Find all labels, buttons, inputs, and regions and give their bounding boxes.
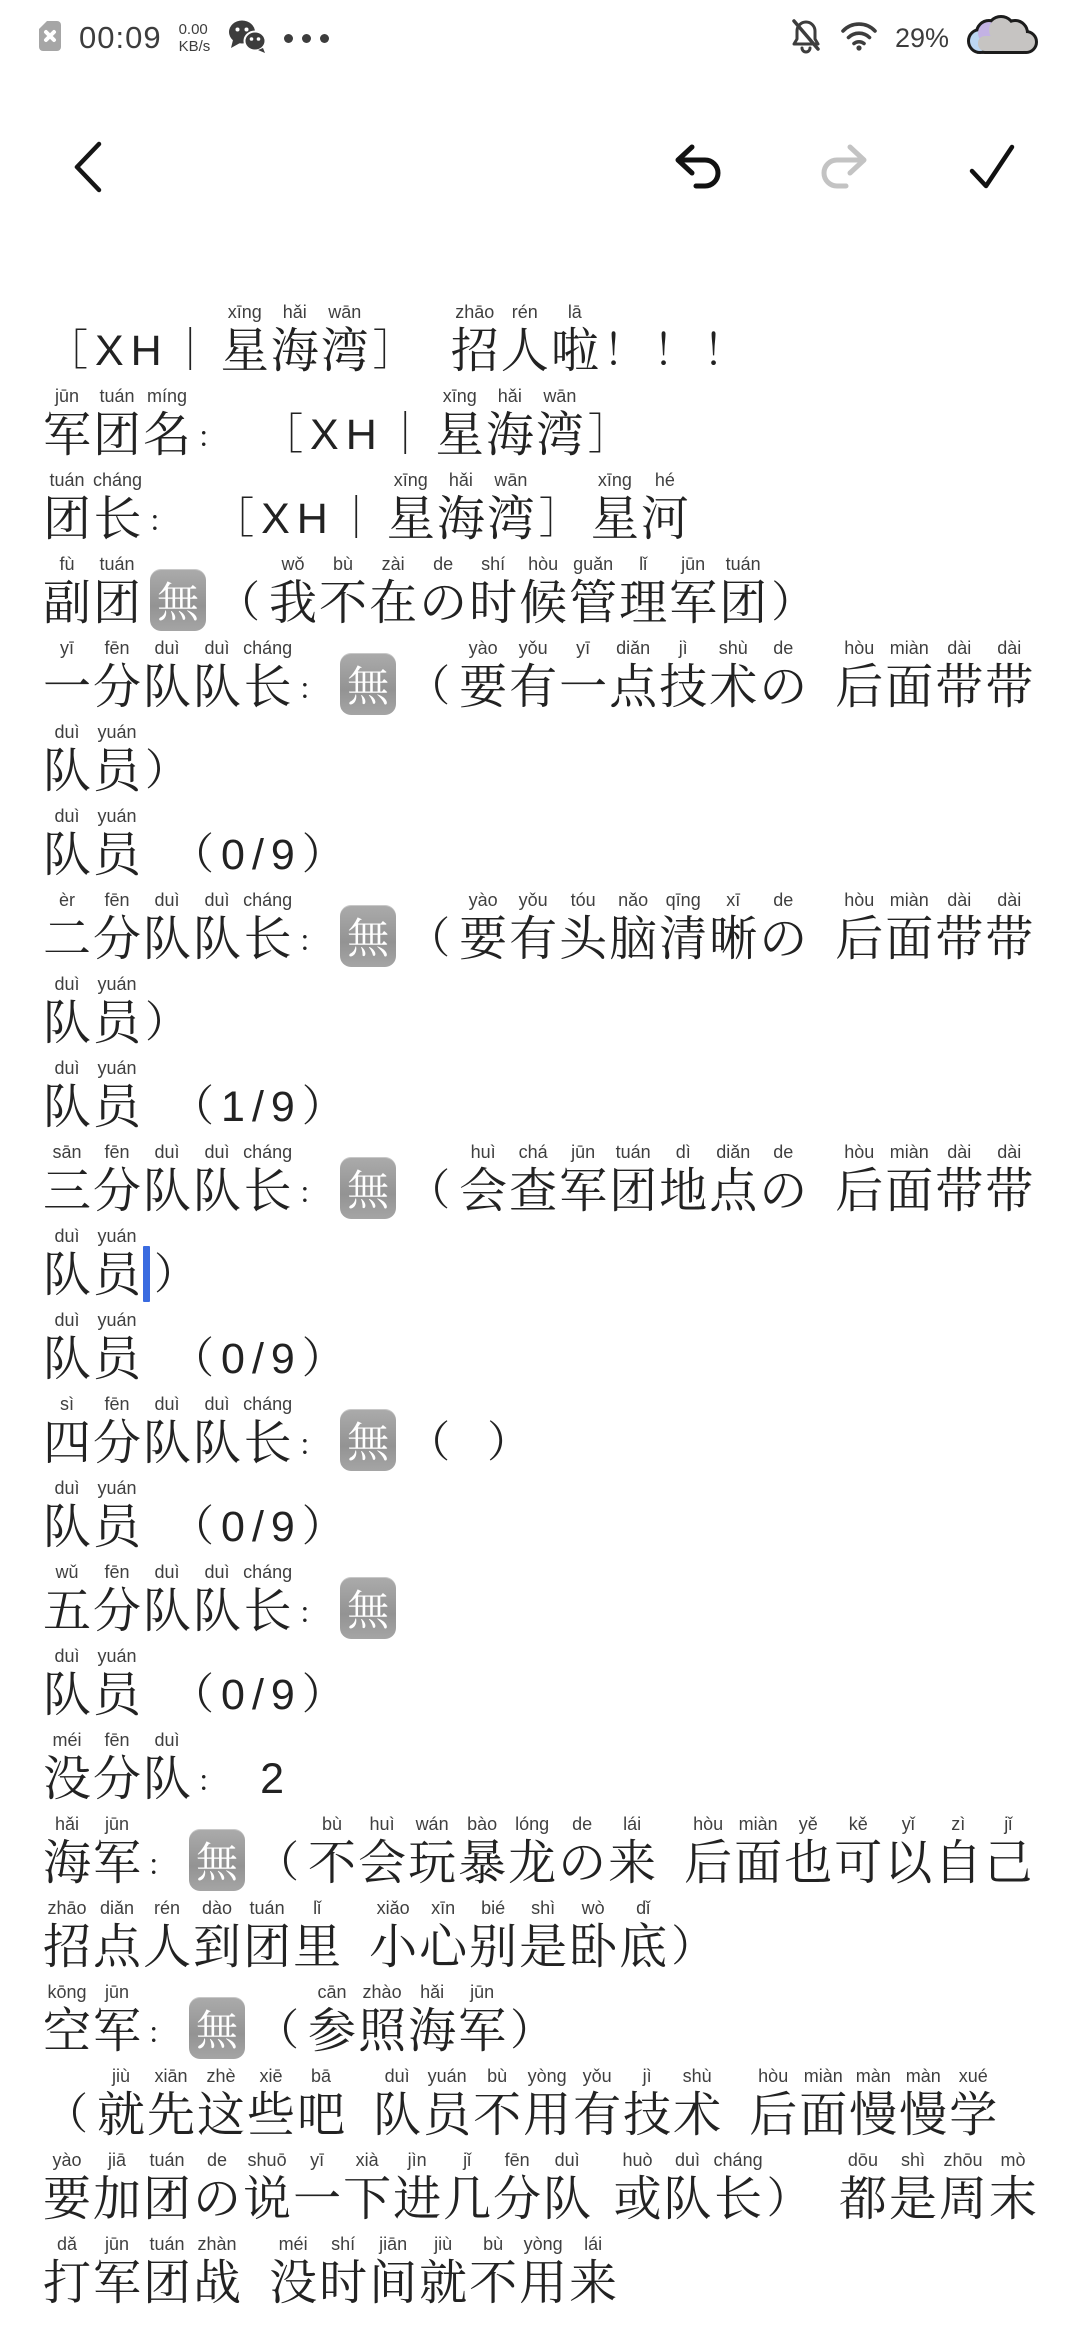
- battery-cloud-icon: [966, 14, 1042, 63]
- hanzi-char: 分: [93, 1163, 141, 1220]
- note-editor[interactable]: ［XH｜xīng星hǎi海wān湾］zhāo招rén人lā啦！！！jūn军tuá…: [0, 222, 1080, 2312]
- ruby-token: duì队: [664, 2150, 712, 2228]
- pinyin-label: xià: [356, 2150, 379, 2171]
- ruby-token: wǒ我: [269, 554, 317, 632]
- pinyin-label: wò: [582, 1898, 605, 1919]
- hanzi-char: 队: [143, 1163, 191, 1220]
- ruby-token: jūn军: [93, 1982, 141, 2060]
- text-token: ［XH｜: [209, 491, 385, 548]
- hanzi-char: 员: [93, 1079, 141, 1136]
- ruby-token: duì队: [193, 1142, 241, 1220]
- text-run: ［XH｜: [258, 407, 434, 464]
- ruby-token: xīng星: [387, 470, 435, 548]
- pinyin-label: guǎn: [573, 554, 613, 575]
- hanzi-char: 自: [934, 1835, 982, 1892]
- pinyin-label: jūn: [55, 386, 79, 407]
- pinyin-label: fēn: [105, 1142, 130, 1163]
- hanzi-char: 队: [143, 1415, 191, 1472]
- wifi-icon: [840, 21, 878, 56]
- hanzi-char: 星: [436, 407, 484, 464]
- pinyin-label: duì: [555, 2150, 580, 2171]
- wu-emoji-badge: 無: [340, 1577, 396, 1639]
- hanzi-char: 时: [469, 575, 517, 632]
- more-notifications-icon: [284, 34, 329, 43]
- pinyin-label: tóu: [571, 890, 596, 911]
- hanzi-char: 名: [143, 407, 191, 464]
- ruby-token: dài带: [935, 890, 983, 968]
- hanzi-char: 些: [247, 2087, 295, 2144]
- pinyin-label: diǎn: [616, 638, 650, 659]
- hanzi-char: 带: [985, 659, 1033, 716]
- pinyin-label: sān: [52, 1142, 81, 1163]
- pinyin-label: duì: [155, 638, 180, 659]
- hanzi-char: 打: [43, 2255, 91, 2312]
- pinyin-label: jūn: [105, 1814, 129, 1835]
- note-line: duì队yuán员（0/9）: [42, 1640, 1038, 1724]
- colon-mark: ：: [293, 676, 332, 716]
- pinyin-label: bù: [333, 554, 353, 575]
- text-token: ）: [765, 2171, 817, 2228]
- ruby-token: fēn分: [93, 1562, 141, 1640]
- pinyin-label: xiǎo: [377, 1898, 410, 1919]
- pinyin-label: cháng: [243, 1394, 292, 1415]
- hanzi-char: 军: [93, 2255, 141, 2312]
- ruby-token: jiù就: [419, 2234, 467, 2312]
- ruby-token: dì地: [659, 1142, 707, 1220]
- pinyin-label: cháng: [714, 2150, 763, 2171]
- ruby-token: yǒu有: [573, 2066, 621, 2144]
- hanzi-char: の: [419, 575, 467, 632]
- hanzi-char: 啦: [551, 323, 599, 380]
- note-line: sān三fēn分duì队duì队cháng长：無（huì会chá查jūn军tuá…: [42, 1136, 1038, 1220]
- hanzi-char: 员: [93, 743, 141, 800]
- note-line: èr二fēn分duì队duì队cháng长：無（yào要yǒu有tóu头nǎo脑…: [42, 884, 1038, 968]
- hanzi-char: 五: [43, 1583, 91, 1640]
- hanzi-char: 进: [393, 2171, 441, 2228]
- ruby-token: guǎn管: [569, 554, 617, 632]
- ruby-token: yǒu有: [509, 890, 557, 968]
- pinyin-label: zhāo: [47, 1898, 86, 1919]
- pinyin-label: bié: [481, 1898, 505, 1919]
- hanzi-char: 带: [985, 911, 1033, 968]
- hanzi-char: 长: [244, 659, 292, 716]
- hanzi-char: 后: [684, 1835, 732, 1892]
- hanzi-char: 员: [93, 1667, 141, 1724]
- hanzi-char: 后: [749, 2087, 797, 2144]
- ruby-token: èr二: [43, 890, 91, 968]
- hanzi-char: 星: [221, 323, 269, 380]
- hanzi-char: の: [759, 911, 807, 968]
- hanzi-char: 队: [43, 1499, 91, 1556]
- ruby-token: zhāo招: [43, 1898, 91, 1976]
- hanzi-char: 长: [244, 1415, 292, 1472]
- ruby-token: hǎi海: [486, 386, 534, 464]
- text-token: （: [254, 2003, 306, 2060]
- hanzi-char: 几: [443, 2171, 491, 2228]
- text-token: ）: [143, 995, 195, 1052]
- text-run: ［XH｜: [209, 491, 385, 548]
- ruby-token: duì队: [143, 1730, 191, 1808]
- pinyin-label: zài: [382, 554, 405, 575]
- ruby-token: jìn进: [393, 2150, 441, 2228]
- pinyin-label: chá: [519, 1142, 548, 1163]
- save-confirm-button[interactable]: [962, 139, 1022, 195]
- pinyin-label: cháng: [243, 1142, 292, 1163]
- text-run: ）: [143, 743, 195, 800]
- pinyin-label: jì: [679, 638, 688, 659]
- ruby-token: lǐ里: [293, 1898, 341, 1976]
- ruby-token: zhè这: [197, 2066, 245, 2144]
- hanzi-char: 吧: [297, 2087, 345, 2144]
- hanzi-char: 加: [93, 2171, 141, 2228]
- note-line: duì队yuán员（0/9）: [42, 1304, 1038, 1388]
- hanzi-char: 三: [43, 1163, 91, 1220]
- ruby-token: màn慢: [899, 2066, 947, 2144]
- pinyin-label: yī: [576, 638, 590, 659]
- ruby-token: bā吧: [297, 2066, 345, 2144]
- pinyin-label: jiān: [379, 2234, 407, 2255]
- ruby-token: zì自: [934, 1814, 982, 1892]
- hanzi-char: 不: [319, 575, 367, 632]
- pinyin-label: tuán: [49, 470, 84, 491]
- pinyin-label: tuán: [726, 554, 761, 575]
- pinyin-label: miàn: [890, 638, 929, 659]
- hanzi-char: 学: [949, 2087, 997, 2144]
- sim-error-icon: [38, 20, 62, 57]
- ruby-token: yuán员: [93, 806, 141, 884]
- ruby-token: yuán员: [93, 1226, 141, 1304]
- ruby-token: jiù就: [97, 2066, 145, 2144]
- ruby-token: yào要: [459, 890, 507, 968]
- text-run: （: [405, 911, 457, 968]
- pinyin-label: dài: [997, 638, 1021, 659]
- pinyin-label: zhè: [207, 2066, 236, 2087]
- text-run: ）: [765, 2171, 817, 2228]
- pinyin-label: dǎ: [57, 2234, 77, 2255]
- text-run: （: [405, 1415, 457, 1472]
- pinyin-label: dài: [947, 890, 971, 911]
- note-line: fù副tuán团無（wǒ我bù不zài在deのshí时hòu候guǎn管lǐ理j…: [42, 548, 1038, 632]
- pinyin-label: de: [773, 638, 793, 659]
- redo-button[interactable]: [816, 139, 872, 195]
- note-line: duì队yuán员（1/9）: [42, 1052, 1038, 1136]
- hanzi-char: 队: [43, 1079, 91, 1136]
- ruby-token: tuán团: [93, 554, 141, 632]
- hanzi-char: 面: [734, 1835, 782, 1892]
- colon-mark: ：: [143, 508, 182, 548]
- ruby-token: dǎ打: [43, 2234, 91, 2312]
- colon-mark: ：: [192, 1768, 231, 1808]
- text-run: ）: [485, 1415, 537, 1472]
- text-token: （: [405, 911, 457, 968]
- ruby-token: duì队: [143, 1394, 191, 1472]
- hanzi-char: 点: [93, 1919, 141, 1976]
- hanzi-char: 不: [469, 2255, 517, 2312]
- ruby-token: duì队: [43, 1310, 91, 1388]
- ruby-token: zhōu周: [939, 2150, 987, 2228]
- pinyin-label: yào: [469, 638, 498, 659]
- hanzi-char: 湾: [536, 407, 584, 464]
- hanzi-char: 军: [669, 575, 717, 632]
- hanzi-char: 带: [935, 911, 983, 968]
- pinyin-label: dài: [947, 1142, 971, 1163]
- ruby-token: duì队: [193, 638, 241, 716]
- text-token: （: [405, 1415, 457, 1472]
- ruby-token: cháng长: [243, 890, 292, 968]
- pinyin-label: cān: [318, 1982, 347, 2003]
- ruby-token: rén人: [501, 302, 549, 380]
- pinyin-label: yuán: [98, 974, 137, 995]
- ruby-token: duì队: [143, 1142, 191, 1220]
- text-token: ）: [485, 1415, 537, 1472]
- ruby-token: kě可: [834, 1814, 882, 1892]
- note-line: duì队yuán员）: [42, 716, 1038, 800]
- ruby-token: sì四: [43, 1394, 91, 1472]
- hanzi-char: 会: [459, 1163, 507, 1220]
- hanzi-char: 玩: [408, 1835, 456, 1892]
- ruby-token: yě也: [784, 1814, 832, 1892]
- pinyin-label: xīng: [598, 470, 632, 491]
- hanzi-char: の: [759, 659, 807, 716]
- note-body: ［XH｜xīng星hǎi海wān湾］zhāo招rén人lā啦！！！jūn军tuá…: [42, 296, 1038, 2312]
- pinyin-label: duì: [205, 1562, 230, 1583]
- ruby-token: yī一: [559, 638, 607, 716]
- wu-emoji-badge: 無: [189, 1829, 245, 1891]
- pinyin-label: de: [773, 1142, 793, 1163]
- ruby-token: yī一: [293, 2150, 341, 2228]
- pinyin-label: cháng: [243, 1562, 292, 1583]
- ruby-token: cháng长: [243, 1394, 292, 1472]
- hanzi-char: 团: [93, 575, 141, 632]
- ruby-token: duì队: [193, 1394, 241, 1472]
- hanzi-char: 这: [197, 2087, 245, 2144]
- text-run: ）: [152, 1247, 204, 1304]
- pinyin-label: tuán: [250, 1898, 285, 1919]
- ruby-token: rén人: [143, 1898, 191, 1976]
- hanzi-char: 军: [43, 407, 91, 464]
- hanzi-char: 可: [834, 1835, 882, 1892]
- pinyin-label: cháng: [243, 890, 292, 911]
- pinyin-label: cháng: [93, 470, 142, 491]
- hanzi-char: 说: [243, 2171, 291, 2228]
- text-token: ）: [669, 1919, 721, 1976]
- ruby-token: méi没: [43, 1730, 91, 1808]
- pinyin-label: dì: [676, 1142, 691, 1163]
- ruby-token: xiān先: [147, 2066, 195, 2144]
- pinyin-label: bào: [467, 1814, 497, 1835]
- ruby-token: duì队: [193, 1562, 241, 1640]
- ruby-token: duì队: [43, 1226, 91, 1304]
- note-line: zhāo招diǎn点rén人dào到tuán团lǐ里xiǎo小xīn心bié别s…: [42, 1892, 1038, 1976]
- hanzi-char: 队: [193, 659, 241, 716]
- hanzi-char: 四: [43, 1415, 91, 1472]
- ruby-token: duì队: [43, 1646, 91, 1724]
- hanzi-char: 副: [43, 575, 91, 632]
- ruby-token: bào暴: [458, 1814, 506, 1892]
- pinyin-label: duì: [205, 1394, 230, 1415]
- pinyin-label: duì: [54, 1058, 79, 1079]
- text-token: （1/9）: [169, 1079, 352, 1136]
- ruby-token: wān湾: [536, 386, 584, 464]
- hanzi-char: 面: [885, 1163, 933, 1220]
- hanzi-char: 分: [93, 659, 141, 716]
- hanzi-char: 长: [244, 1583, 292, 1640]
- ruby-token: tuán团: [143, 2234, 191, 2312]
- hanzi-char: 人: [143, 1919, 191, 1976]
- pinyin-label: xiē: [260, 2066, 283, 2087]
- pinyin-label: xīng: [394, 470, 428, 491]
- hanzi-char: 员: [93, 1331, 141, 1388]
- ruby-token: xiǎo小: [369, 1898, 417, 1976]
- hanzi-char: 星: [387, 491, 435, 548]
- hanzi-char: 没: [43, 1751, 91, 1808]
- pinyin-label: jūn: [571, 1142, 595, 1163]
- hanzi-char: 面: [885, 911, 933, 968]
- ruby-token: deの: [759, 638, 807, 716]
- hanzi-char: 海: [486, 407, 534, 464]
- wu-emoji-badge: 無: [340, 1157, 396, 1219]
- hanzi-char: 湾: [321, 323, 369, 380]
- hanzi-char: 会: [358, 1835, 406, 1892]
- pinyin-label: de: [207, 2150, 227, 2171]
- ruby-token: xiē些: [247, 2066, 295, 2144]
- ruby-token: qīng清: [659, 890, 707, 968]
- undo-button[interactable]: [670, 139, 726, 195]
- pinyin-label: zì: [951, 1814, 965, 1835]
- hanzi-char: 候: [519, 575, 567, 632]
- pinyin-label: dài: [997, 1142, 1021, 1163]
- text-token: （0/9）: [169, 1331, 352, 1388]
- ruby-token: hòu后: [749, 2066, 797, 2144]
- back-button[interactable]: [66, 138, 110, 196]
- pinyin-label: zhàn: [198, 2234, 237, 2255]
- ruby-token: yǐ以: [884, 1814, 932, 1892]
- status-bar: 00:09 0.00 KB/s: [0, 0, 1080, 64]
- ruby-token: duì队: [43, 722, 91, 800]
- text-run: ］: [537, 491, 589, 548]
- note-line: kōng空jūn军：無（cān参zhào照hǎi海jūn军）: [42, 1976, 1038, 2060]
- colon-mark: ：: [293, 928, 332, 968]
- ruby-token: zhàn战: [193, 2234, 241, 2312]
- hanzi-char: 时: [319, 2255, 367, 2312]
- hanzi-char: 队: [43, 1247, 91, 1304]
- pinyin-label: hòu: [844, 1142, 874, 1163]
- net-speed-value: 0.00: [179, 21, 208, 38]
- ruby-token: cháng长: [243, 1562, 292, 1640]
- ruby-token: wǔ五: [43, 1562, 91, 1640]
- text-token: ［XH｜: [43, 323, 219, 380]
- ruby-token: shì是: [889, 2150, 937, 2228]
- pinyin-label: tuán: [616, 1142, 651, 1163]
- pinyin-label: lǐ: [639, 554, 647, 575]
- pinyin-label: jūn: [105, 2234, 129, 2255]
- hanzi-char: 小: [369, 1919, 417, 1976]
- ruby-token: deの: [419, 554, 467, 632]
- ruby-token: hǎi海: [408, 1982, 456, 2060]
- pinyin-label: shù: [683, 2066, 712, 2087]
- hanzi-char: 有: [573, 2087, 621, 2144]
- hanzi-char: 管: [569, 575, 617, 632]
- ruby-token: wān湾: [487, 470, 535, 548]
- ruby-token: wán玩: [408, 1814, 456, 1892]
- text-token: （: [43, 2087, 95, 2144]
- pinyin-label: de: [572, 1814, 592, 1835]
- pinyin-label: de: [433, 554, 453, 575]
- hanzi-char: 面: [799, 2087, 847, 2144]
- hanzi-char: 点: [609, 659, 657, 716]
- hanzi-char: 团: [43, 491, 91, 548]
- hanzi-char: の: [759, 1163, 807, 1220]
- ruby-token: zhào照: [358, 1982, 406, 2060]
- text-token: （0/9）: [169, 1499, 352, 1556]
- ruby-token: jǐ几: [443, 2150, 491, 2228]
- ruby-token: lái来: [569, 2234, 617, 2312]
- ruby-token: bù不: [473, 2066, 521, 2144]
- hanzi-char: 人: [501, 323, 549, 380]
- pinyin-label: shì: [531, 1898, 555, 1919]
- ruby-token: bù不: [308, 1814, 356, 1892]
- hanzi-char: 暴: [458, 1835, 506, 1892]
- pinyin-label: tuán: [150, 2234, 185, 2255]
- ruby-token: mò末: [989, 2150, 1037, 2228]
- ruby-token: cān参: [308, 1982, 356, 2060]
- pinyin-label: jì: [643, 2066, 652, 2087]
- mute-bell-icon: [789, 18, 823, 59]
- pinyin-label: sì: [60, 1394, 74, 1415]
- note-line: hǎi海jūn军：無（bù不huì会wán玩bào暴lóng龙deのlái来hò…: [42, 1808, 1038, 1892]
- pinyin-label: diǎn: [716, 1142, 750, 1163]
- wechat-notification-icon: [227, 19, 267, 58]
- wu-emoji-badge: 無: [150, 569, 206, 631]
- hanzi-char: 理: [619, 575, 667, 632]
- ruby-token: yào要: [43, 2150, 91, 2228]
- ruby-token: xīng星: [221, 302, 269, 380]
- pinyin-label: duì: [155, 1142, 180, 1163]
- ruby-token: yuán员: [93, 974, 141, 1052]
- hanzi-char: 脑: [609, 911, 657, 968]
- ruby-token: bù不: [319, 554, 367, 632]
- ruby-token: shù术: [709, 638, 757, 716]
- colon-mark: ：: [142, 1852, 181, 1892]
- note-line: méi没fēn分duì队：2: [42, 1724, 1038, 1808]
- pinyin-label: mò: [1000, 2150, 1025, 2171]
- ruby-token: tóu头: [559, 890, 607, 968]
- pinyin-label: huì: [370, 1814, 395, 1835]
- ruby-token: miàn面: [885, 890, 933, 968]
- ruby-token: dài带: [935, 1142, 983, 1220]
- hanzi-char: 招: [43, 1919, 91, 1976]
- hanzi-char: 里: [293, 1919, 341, 1976]
- ruby-token: shí时: [319, 2234, 367, 2312]
- hanzi-char: 一: [559, 659, 607, 716]
- ruby-token: hǎi海: [43, 1814, 91, 1892]
- pinyin-label: jìn: [408, 2150, 427, 2171]
- hanzi-char: 星: [591, 491, 639, 548]
- hanzi-char: 团: [243, 1919, 291, 1976]
- hanzi-char: 别: [469, 1919, 517, 1976]
- hanzi-char: 空: [43, 2003, 91, 2060]
- text-run: （0/9）: [169, 1667, 352, 1724]
- ruby-token: yǒu有: [509, 638, 557, 716]
- hanzi-char: 慢: [899, 2087, 947, 2144]
- pinyin-label: huò: [623, 2150, 653, 2171]
- hanzi-char: 海: [43, 1835, 91, 1892]
- pinyin-label: yǒu: [519, 638, 548, 659]
- text-run: （: [43, 2087, 95, 2144]
- text-token: ）: [508, 2003, 560, 2060]
- hanzi-char: 队: [43, 1667, 91, 1724]
- hanzi-char: 一: [293, 2171, 341, 2228]
